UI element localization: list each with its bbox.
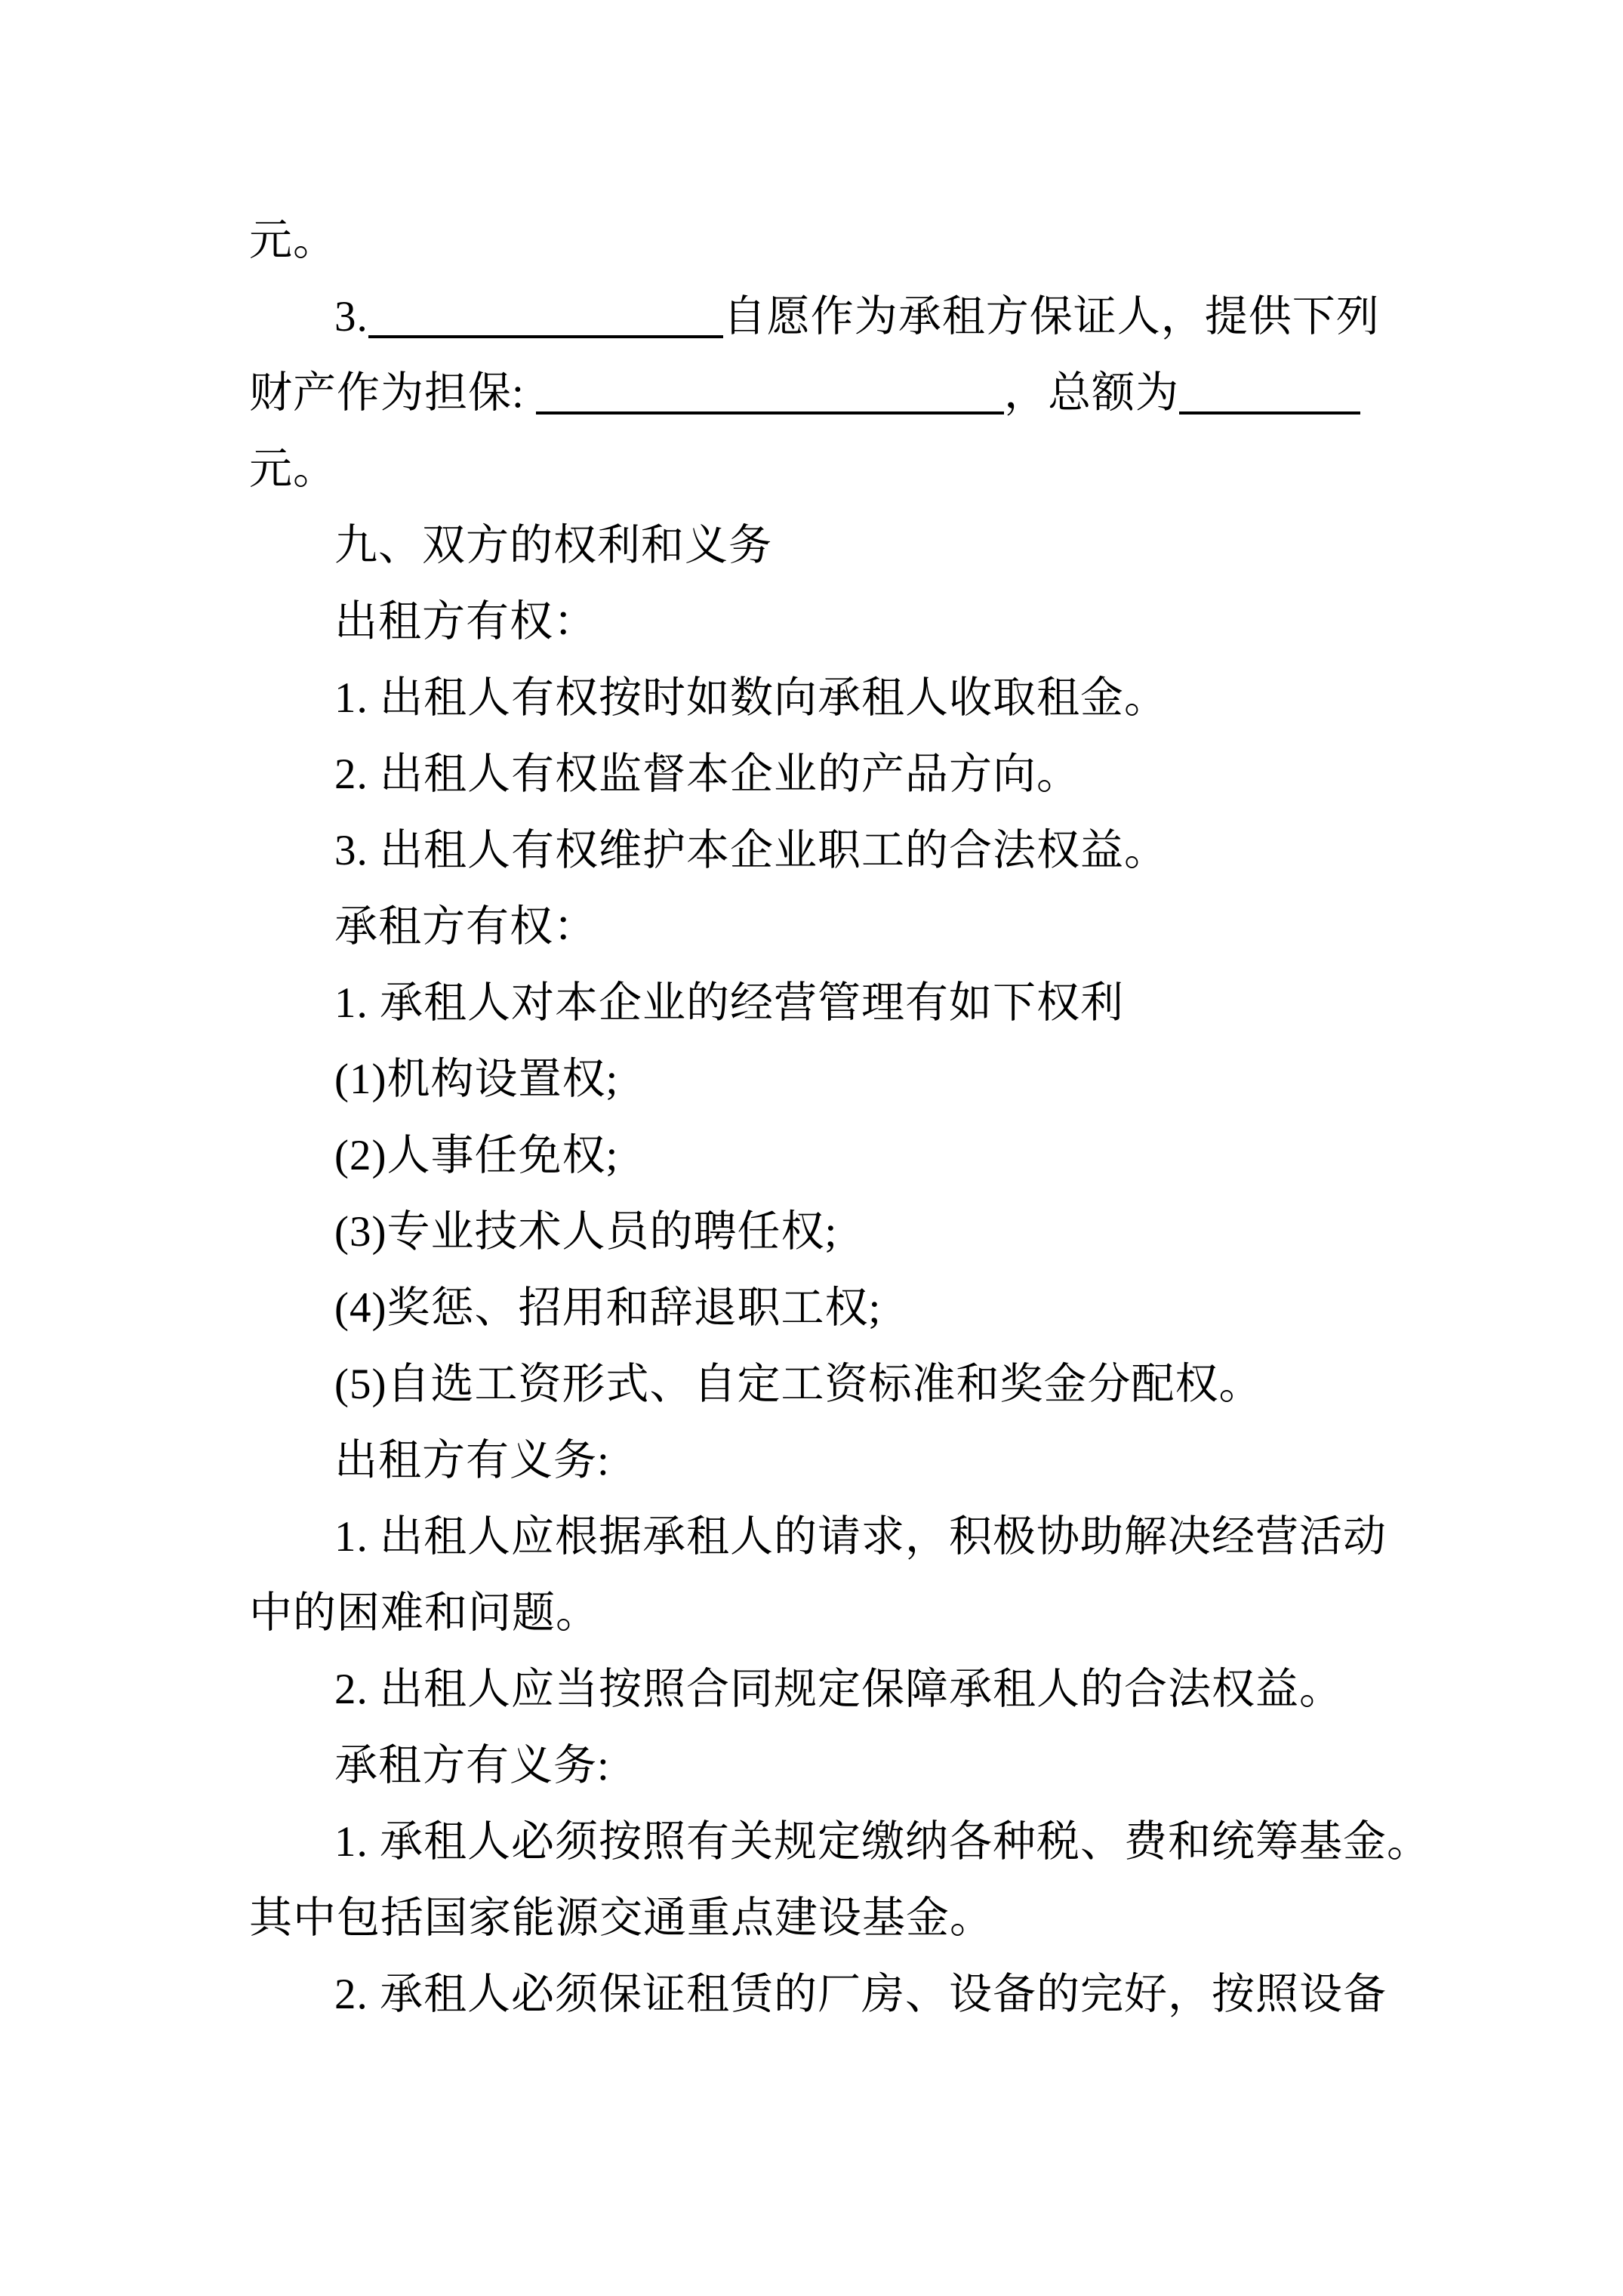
document-line: (3)专业技术人员的聘任权; bbox=[249, 1194, 1397, 1270]
document-line: 出租方有权： bbox=[249, 584, 1397, 660]
document-line: 承租方有权： bbox=[249, 889, 1397, 965]
text-run: (5)自选工资形式、自定工资标准和奖金分配权。 bbox=[334, 1361, 1262, 1408]
document-text: 元。3.自愿作为承租方保证人，提供下列财产作为担保: ，总额为元。九、双方的权利… bbox=[249, 202, 1397, 2032]
document-line: 2. 承租人必须保证租赁的厂房、设备的完好，按照设备 bbox=[249, 1956, 1397, 2032]
document-line: (5)自选工资形式、自定工资标准和奖金分配权。 bbox=[249, 1346, 1397, 1422]
text-run: 元。 bbox=[249, 445, 337, 493]
document-line: 1. 出租人应根据承租人的请求，积极协助解决经营活动 bbox=[249, 1499, 1397, 1575]
document-line: 元。 bbox=[249, 202, 1397, 279]
fill-in-blank-underline bbox=[368, 305, 723, 338]
document-line: 1. 承租人必须按照有关规定缴纳各种税、费和统筹基金。 bbox=[249, 1804, 1397, 1880]
text-run: 自愿作为承租方保证人，提供下列 bbox=[723, 293, 1380, 341]
document-page: 元。3.自愿作为承租方保证人，提供下列财产作为担保: ，总额为元。九、双方的权利… bbox=[0, 0, 1623, 2296]
document-line: 九、双方的权利和义务 bbox=[249, 507, 1397, 584]
fill-in-blank-underline bbox=[536, 381, 1004, 415]
text-run: (4)奖惩、招用和辞退职工权; bbox=[334, 1284, 881, 1332]
document-line: 3. 出租人有权维护本企业职工的合法权益。 bbox=[249, 812, 1397, 889]
document-line: 1. 出租人有权按时如数向承租人收取租金。 bbox=[249, 660, 1397, 736]
text-run: 2. 出租人应当按照合同规定保障承租人的合法权益。 bbox=[334, 1666, 1343, 1713]
text-run: 2. 承租人必须保证租赁的厂房、设备的完好，按照设备 bbox=[334, 1971, 1387, 2018]
fill-in-blank-underline bbox=[1179, 381, 1360, 415]
document-line: 出租方有义务: bbox=[249, 1422, 1397, 1499]
text-run: 1. 承租人必须按照有关规定缴纳各种税、费和统筹基金。 bbox=[334, 1818, 1431, 1866]
text-run: 元。 bbox=[249, 217, 337, 264]
text-run: 其中包括国家能源交通重点建设基金。 bbox=[249, 1894, 993, 1942]
text-run: 承租方有权： bbox=[334, 903, 597, 951]
text-run: 1. 承租人对本企业的经营管理有如下权利 bbox=[334, 979, 1124, 1027]
document-line: 其中包括国家能源交通重点建设基金。 bbox=[249, 1880, 1397, 1956]
text-run: 财产作为担保: bbox=[249, 369, 536, 417]
text-run: 1. 出租人应根据承租人的请求，积极协助解决经营活动 bbox=[334, 1513, 1387, 1561]
document-line: 元。 bbox=[249, 431, 1397, 507]
text-run: 出租方有权： bbox=[334, 598, 597, 646]
text-run: 1. 出租人有权按时如数向承租人收取租金。 bbox=[334, 674, 1168, 722]
text-run: (2)人事任免权; bbox=[334, 1132, 618, 1179]
document-line: 2. 出租人有权监督本企业的产品方向。 bbox=[249, 736, 1397, 812]
document-line: (4)奖惩、招用和辞退职工权; bbox=[249, 1270, 1397, 1346]
document-line: 2. 出租人应当按照合同规定保障承租人的合法权益。 bbox=[249, 1651, 1397, 1727]
text-run: 3. 出租人有权维护本企业职工的合法权益。 bbox=[334, 827, 1168, 874]
text-run: 九、双方的权利和义务 bbox=[334, 522, 772, 569]
document-line: 承租方有义务: bbox=[249, 1727, 1397, 1804]
text-run: 承租方有义务: bbox=[334, 1742, 610, 1789]
text-run: ，总额为 bbox=[1004, 369, 1179, 417]
document-line: 中的困难和问题。 bbox=[249, 1575, 1397, 1651]
document-line: 1. 承租人对本企业的经营管理有如下权利 bbox=[249, 965, 1397, 1041]
document-line: 3.自愿作为承租方保证人，提供下列 bbox=[249, 279, 1397, 355]
text-run: 出租方有义务: bbox=[334, 1437, 610, 1484]
document-line: (2)人事任免权; bbox=[249, 1117, 1397, 1194]
document-line: (1)机构设置权; bbox=[249, 1041, 1397, 1117]
document-line: 财产作为担保: ，总额为 bbox=[249, 355, 1397, 431]
text-run: 中的困难和问题。 bbox=[249, 1589, 599, 1637]
text-run: (1)机构设置权; bbox=[334, 1056, 618, 1103]
text-run: 3. bbox=[334, 293, 368, 341]
text-run: 2. 出租人有权监督本企业的产品方向。 bbox=[334, 750, 1080, 798]
text-run: (3)专业技术人员的聘任权; bbox=[334, 1208, 837, 1256]
